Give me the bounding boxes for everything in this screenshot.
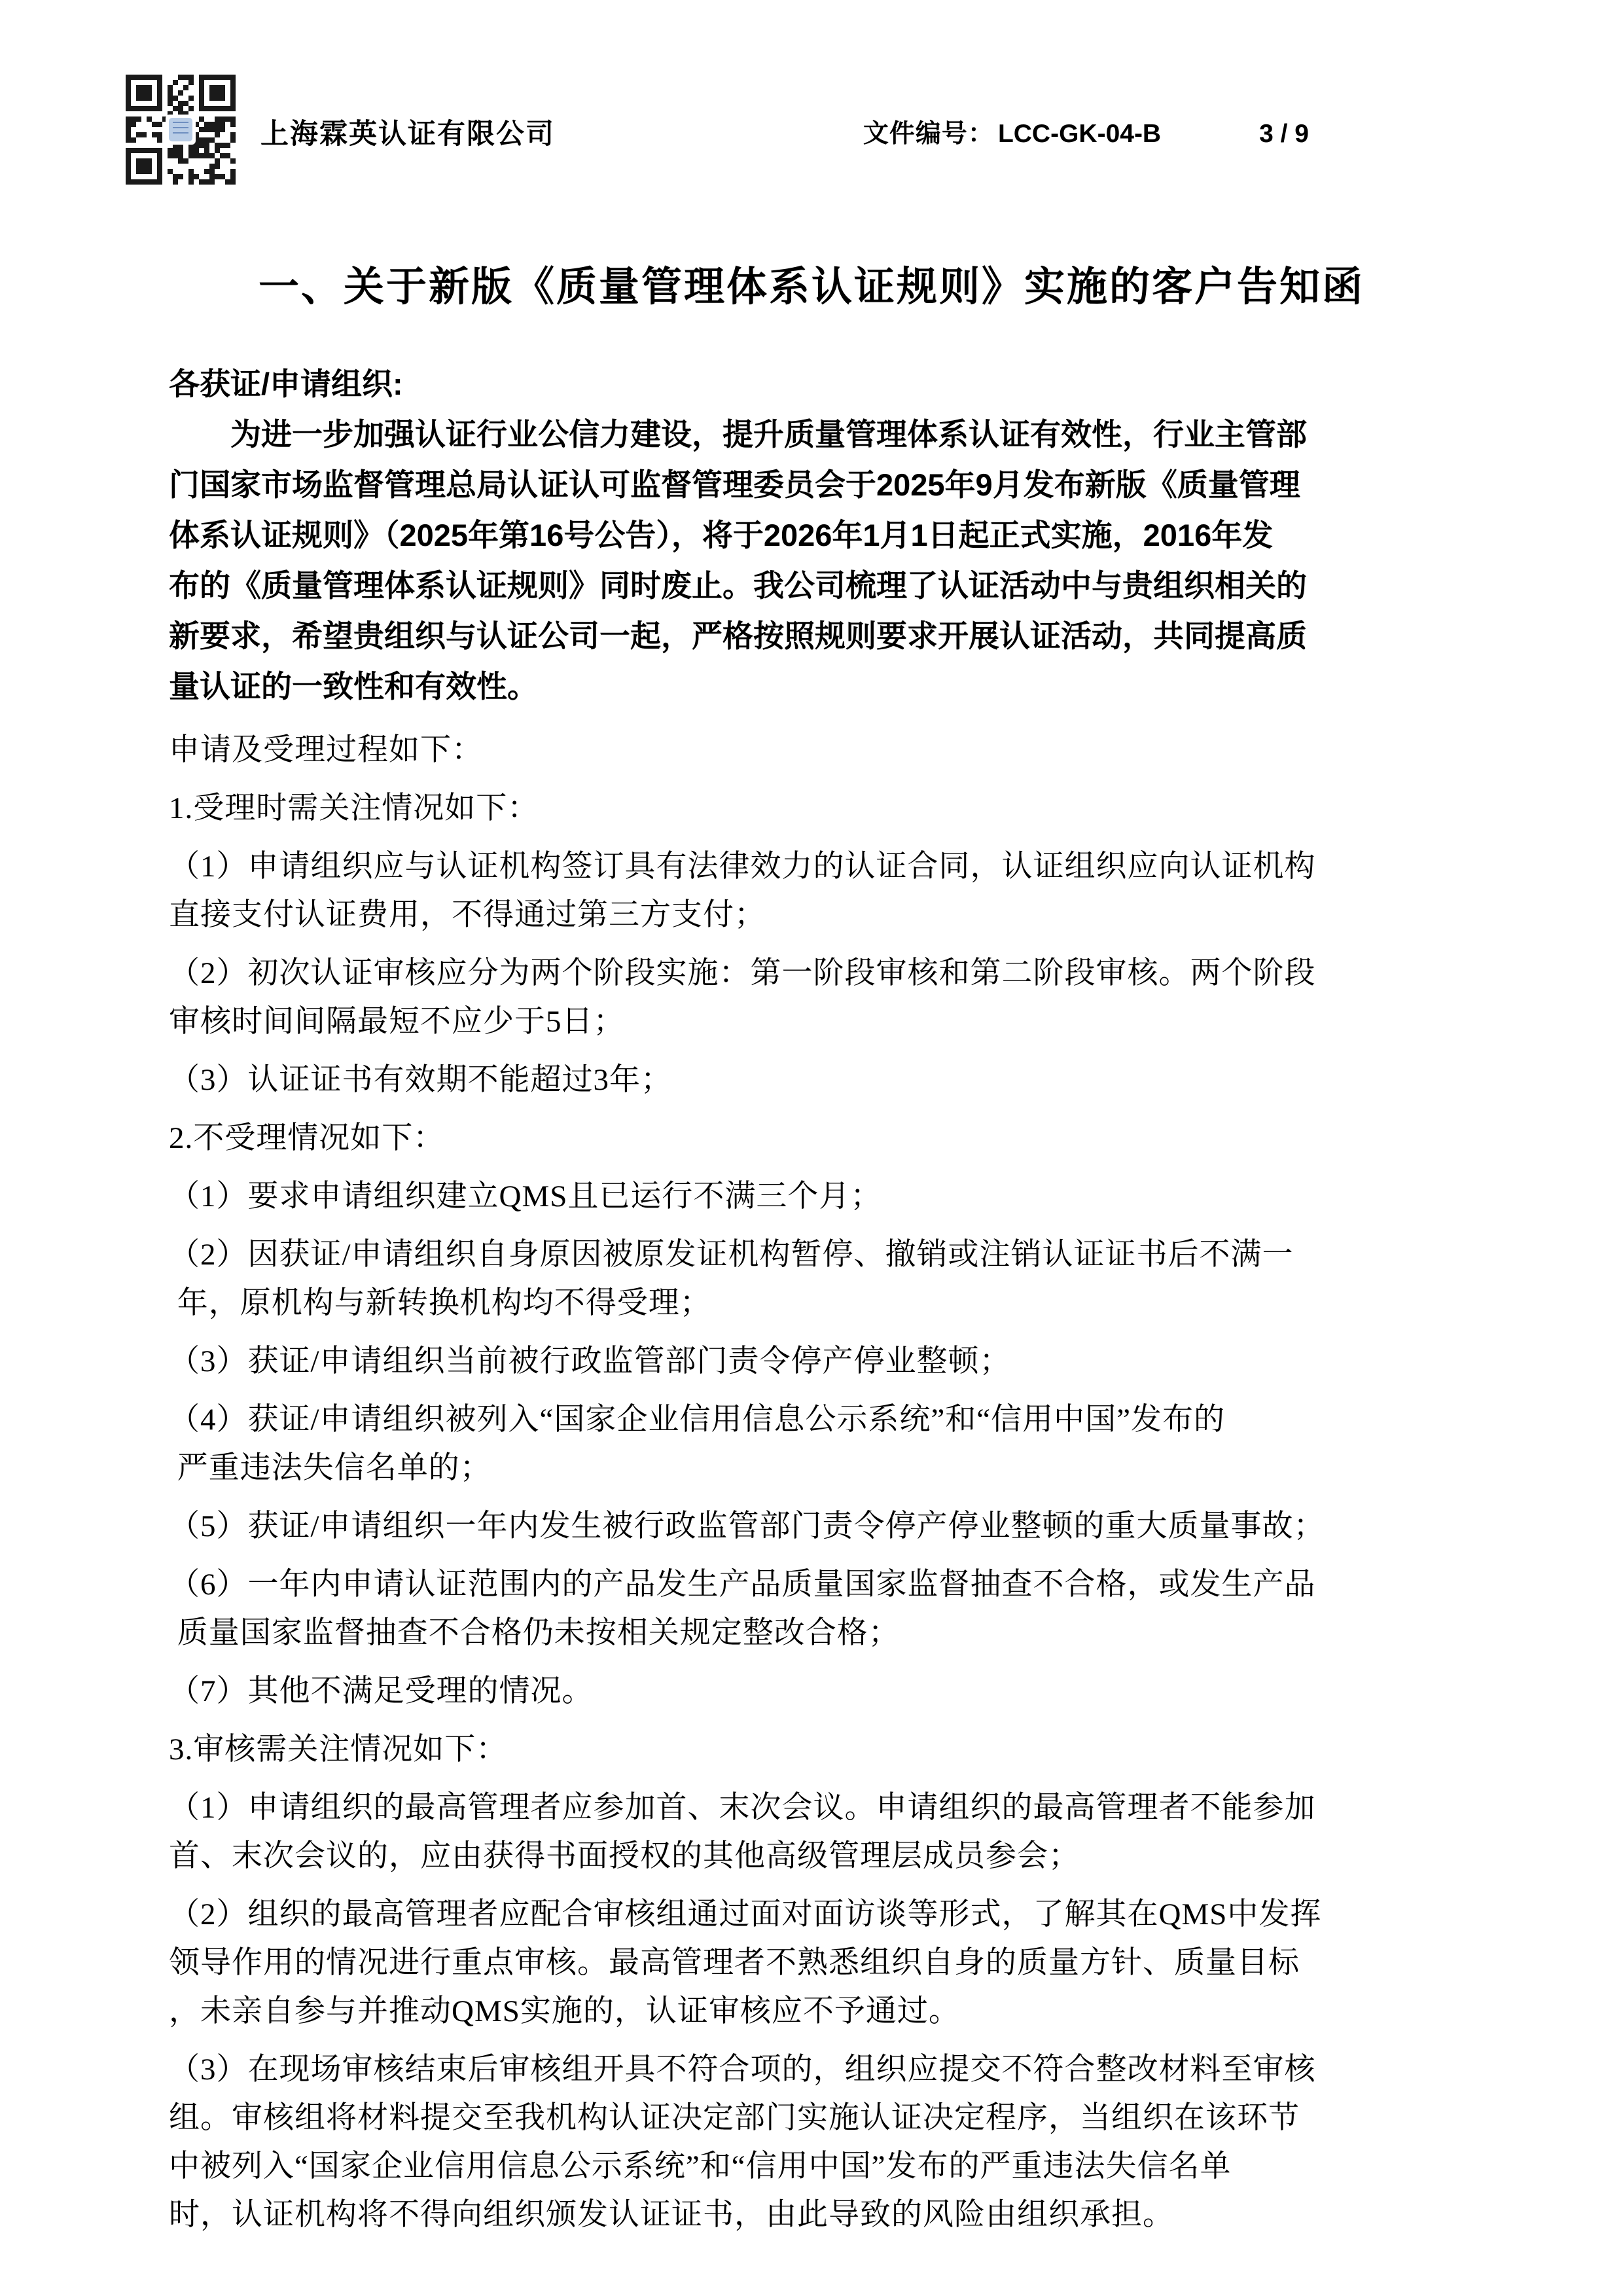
- paragraph: 申请及受理过程如下：: [169, 726, 1452, 774]
- paragraph: （5）获证/申请组织一年内发生被行政监管部门责令停产停业整顿的重大质量事故；: [169, 1502, 1452, 1551]
- doc-number-label: 文件编号：: [863, 113, 994, 150]
- page-header: 上海霖英认证有限公司 文件编号： LCC-GK-04-B 3 / 9: [124, 73, 1459, 190]
- paragraph-line: （1）申请组织应与认证机构签订具有法律效力的认证合同，认证组织应向认证机构: [169, 842, 1452, 891]
- header-left: 上海霖英认证有限公司: [124, 73, 555, 190]
- paragraph: （3）获证/申请组织当前被行政监管部门责令停产停业整顿；: [169, 1337, 1452, 1386]
- intro-paragraph: 为进一步加强认证行业公信力建设，提升质量管理体系认证有效性，行业主管部门国家市场…: [169, 409, 1452, 711]
- qr-code-icon: [124, 73, 237, 190]
- paragraph-line: （2）组织的最高管理者应配合审核组通过面对面访谈等形式，了解其在QMS中发挥: [169, 1890, 1452, 1939]
- doc-number-value: LCC-GK-04-B: [998, 120, 1161, 149]
- paragraph-line: 年，原机构与新转换机构均不得受理；: [169, 1279, 1452, 1327]
- paragraph: （2）组织的最高管理者应配合审核组通过面对面访谈等形式，了解其在QMS中发挥领导…: [169, 1890, 1452, 2036]
- page-indicator: 3 / 9: [1259, 120, 1309, 149]
- paragraph: （1）申请组织的最高管理者应参加首、末次会议。申请组织的最高管理者不能参加首、末…: [169, 1784, 1452, 1880]
- paragraph-line: （3）在现场审核结束后审核组开具不符合项的，组织应提交不符合整改材料至审核: [169, 2045, 1452, 2094]
- intro-line: 量认证的一致性和有效性。: [169, 661, 1452, 711]
- salutation: 各获证/申请组织:: [169, 359, 1452, 409]
- intro-line: 体系认证规则》（2025年第16号公告），将于2026年1月1日起正式实施，20…: [169, 510, 1452, 560]
- document-page: 上海霖英认证有限公司 文件编号： LCC-GK-04-B 3 / 9 一、关于新…: [0, 0, 1623, 2296]
- paragraph: （1）申请组织应与认证机构签订具有法律效力的认证合同，认证组织应向认证机构直接支…: [169, 842, 1452, 939]
- paragraph: （3）认证证书有效期不能超过3年；: [169, 1056, 1452, 1104]
- paragraph-line: （3）获证/申请组织当前被行政监管部门责令停产停业整顿；: [169, 1337, 1452, 1386]
- paragraph-line: 中被列入“国家企业信用信息公示系统”和“信用中国”发布的严重违法失信名单: [169, 2142, 1452, 2191]
- paragraph: （2）因获证/申请组织自身原因被原发证机构暂停、撤销或注销认证证书后不满一 年，…: [169, 1230, 1452, 1327]
- paragraph: （4）获证/申请组织被列入“国家企业信用信息公示系统”和“信用中国”发布的 严重…: [169, 1395, 1452, 1492]
- paragraph-line: （6）一年内申请认证范围内的产品发生产品质量国家监督抽查不合格，或发生产品: [169, 1560, 1452, 1609]
- document-body: 各获证/申请组织: 为进一步加强认证行业公信力建设，提升质量管理体系认证有效性，…: [169, 359, 1452, 2249]
- paragraph-line: 严重违法失信名单的；: [169, 1444, 1452, 1492]
- paragraph-line: 2.不受理情况如下：: [169, 1114, 1452, 1162]
- paragraph: 3.审核需关注情况如下：: [169, 1725, 1452, 1774]
- header-right: 文件编号： LCC-GK-04-B 3 / 9: [863, 113, 1309, 150]
- paragraph-line: 3.审核需关注情况如下：: [169, 1725, 1452, 1774]
- paragraph-line: ，未亲自参与并推动QMS实施的，认证审核应不予通过。: [169, 1987, 1452, 2036]
- paragraph-line: （1）要求申请组织建立QMS且已运行不满三个月；: [169, 1172, 1452, 1221]
- paragraph-line: （2）因获证/申请组织自身原因被原发证机构暂停、撤销或注销认证证书后不满一: [169, 1230, 1452, 1279]
- intro-line: 为进一步加强认证行业公信力建设，提升质量管理体系认证有效性，行业主管部: [169, 409, 1452, 459]
- company-name: 上海霖英认证有限公司: [260, 112, 555, 152]
- paragraph: （7）其他不满足受理的情况。: [169, 1667, 1452, 1715]
- intro-line: 布的《质量管理体系认证规则》同时废止。我公司梳理了认证活动中与贵组织相关的: [169, 560, 1452, 611]
- paragraph: （3）在现场审核结束后审核组开具不符合项的，组织应提交不符合整改材料至审核组。审…: [169, 2045, 1452, 2239]
- paragraph: 1.受理时需关注情况如下：: [169, 784, 1452, 833]
- paragraph-line: （5）获证/申请组织一年内发生被行政监管部门责令停产停业整顿的重大质量事故；: [169, 1502, 1452, 1551]
- paragraph-line: （3）认证证书有效期不能超过3年；: [169, 1056, 1452, 1104]
- paragraph: （6）一年内申请认证范围内的产品发生产品质量国家监督抽查不合格，或发生产品 质量…: [169, 1560, 1452, 1657]
- paragraph-line: 申请及受理过程如下：: [169, 726, 1452, 774]
- paragraph-line: （2）初次认证审核应分为两个阶段实施：第一阶段审核和第二阶段审核。两个阶段: [169, 949, 1452, 997]
- document-title: 一、关于新版《质量管理体系认证规则》实施的客户告知函: [0, 254, 1623, 312]
- paragraph: 2.不受理情况如下：: [169, 1114, 1452, 1162]
- paragraph-line: 组。审核组将材料提交至我机构认证决定部门实施认证决定程序，当组织在该环节: [169, 2094, 1452, 2142]
- paragraph-line: （7）其他不满足受理的情况。: [169, 1667, 1452, 1715]
- paragraph-line: 直接支付认证费用，不得通过第三方支付；: [169, 891, 1452, 939]
- paragraph-line: 审核时间间隔最短不应少于5日；: [169, 997, 1452, 1046]
- paragraph-line: 1.受理时需关注情况如下：: [169, 784, 1452, 833]
- paragraph-line: （1）申请组织的最高管理者应参加首、末次会议。申请组织的最高管理者不能参加: [169, 1784, 1452, 1832]
- paragraph-line: 时，认证机构将不得向组织颁发认证证书，由此导致的风险由组织承担。: [169, 2191, 1452, 2239]
- paragraph-line: 质量国家监督抽查不合格仍未按相关规定整改合格；: [169, 1609, 1452, 1657]
- paragraph-line: （4）获证/申请组织被列入“国家企业信用信息公示系统”和“信用中国”发布的: [169, 1395, 1452, 1444]
- paragraph-line: 领导作用的情况进行重点审核。最高管理者不熟悉组织自身的质量方针、质量目标: [169, 1939, 1452, 1987]
- intro-line: 门国家市场监督管理总局认证认可监督管理委员会于2025年9月发布新版《质量管理: [169, 459, 1452, 510]
- paragraph: （2）初次认证审核应分为两个阶段实施：第一阶段审核和第二阶段审核。两个阶段审核时…: [169, 949, 1452, 1046]
- body-paragraphs: 申请及受理过程如下：1.受理时需关注情况如下：（1）申请组织应与认证机构签订具有…: [169, 726, 1452, 2239]
- intro-line: 新要求，希望贵组织与认证公司一起，严格按照规则要求开展认证活动，共同提高质: [169, 611, 1452, 661]
- paragraph: （1）要求申请组织建立QMS且已运行不满三个月；: [169, 1172, 1452, 1221]
- paragraph-line: 首、末次会议的，应由获得书面授权的其他高级管理层成员参会；: [169, 1832, 1452, 1880]
